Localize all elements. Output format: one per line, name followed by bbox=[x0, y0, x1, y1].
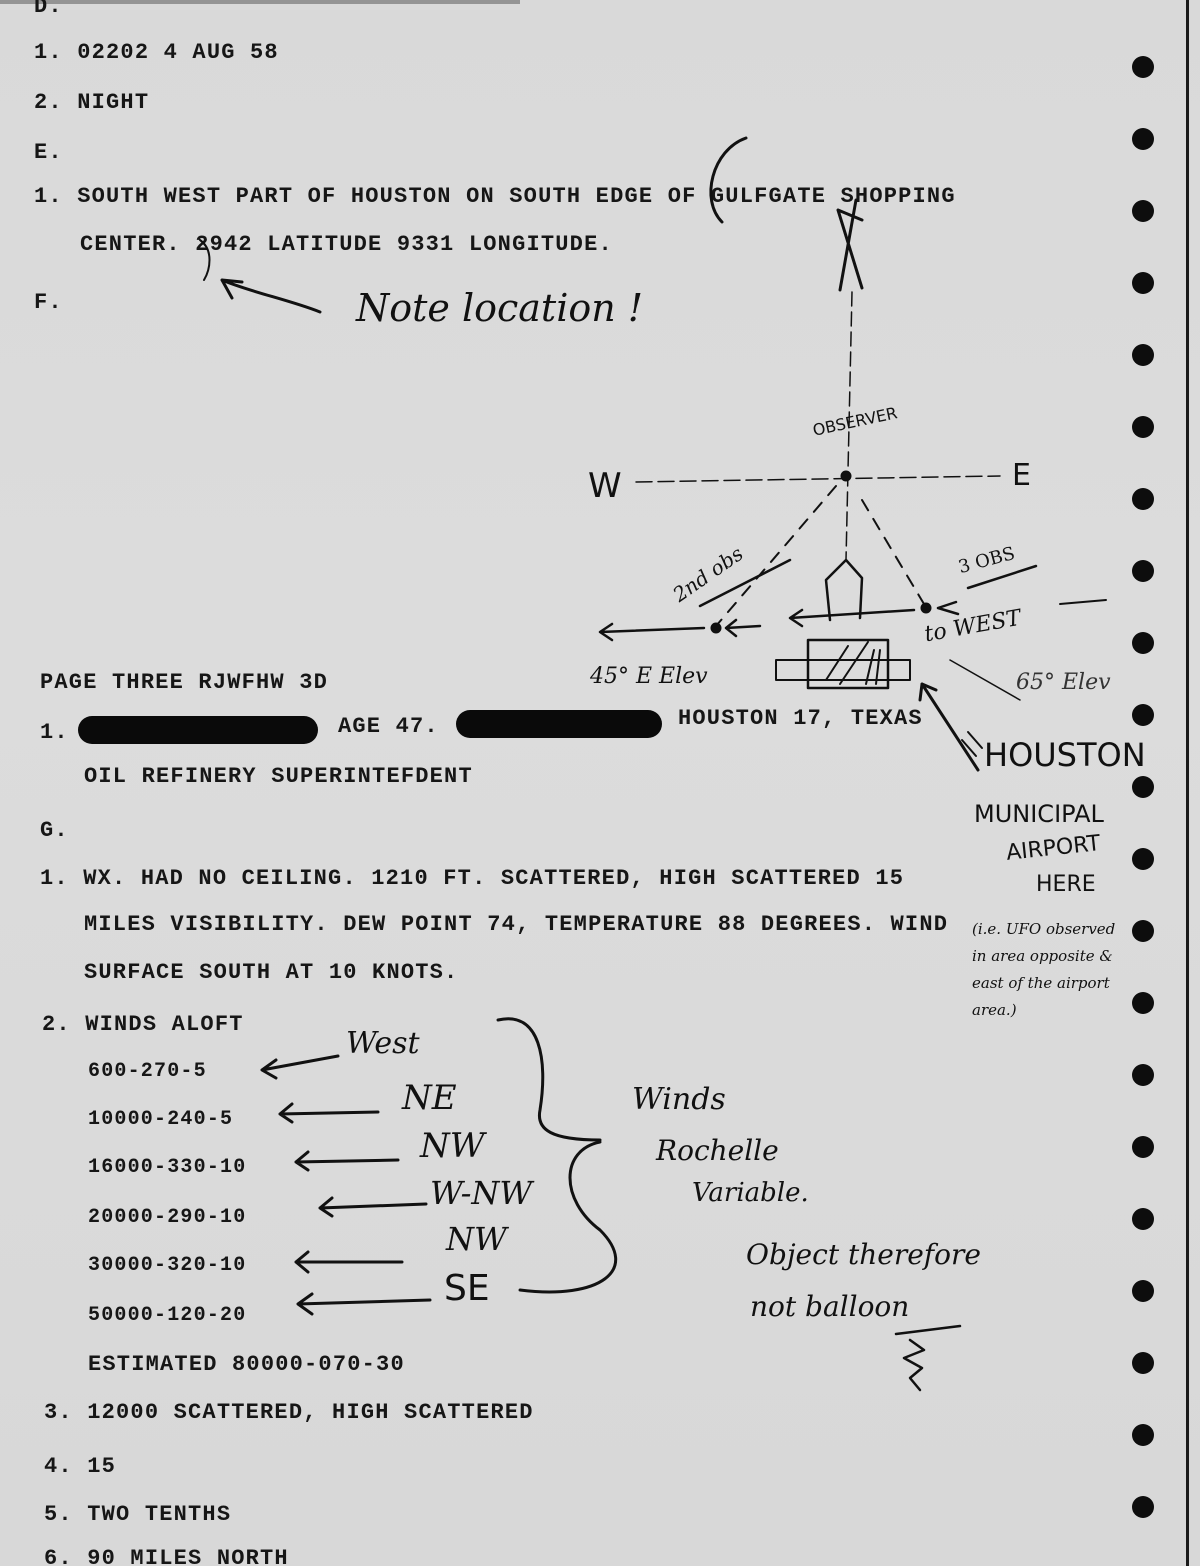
e1-location-line2: CENTER. 2942 LATITUDE 9331 LONGITUDE. bbox=[80, 232, 613, 257]
feed-hole bbox=[1132, 1064, 1154, 1086]
g6-distance: 6. 90 MILES NORTH bbox=[44, 1546, 289, 1566]
diagram-to-west-label: to WEST bbox=[923, 606, 1023, 648]
handwritten-winds-note: Variable. bbox=[692, 1178, 809, 1208]
feed-hole bbox=[1132, 1424, 1154, 1446]
feed-hole bbox=[1132, 1496, 1154, 1518]
diagram-45-elev-label: 45° E Elev bbox=[590, 664, 708, 689]
e1-location-line1: 1. SOUTH WEST PART OF HOUSTON ON SOUTH E… bbox=[34, 184, 956, 209]
feed-hole bbox=[1132, 416, 1154, 438]
handwritten-note-location: Note location ! bbox=[356, 286, 643, 330]
page-top-edge bbox=[0, 0, 520, 4]
g1-weather-line1: 1. WX. HAD NO CEILING. 1210 FT. SCATTERE… bbox=[40, 866, 904, 891]
feed-hole bbox=[1132, 1280, 1154, 1302]
redaction-address bbox=[456, 710, 662, 738]
f1-prefix: 1. bbox=[40, 720, 69, 745]
diagram-3rd-obs-label: 3 OBS bbox=[956, 543, 1017, 578]
feed-hole bbox=[1132, 920, 1154, 942]
g1-weather-line2: MILES VISIBILITY. DEW POINT 74, TEMPERAT… bbox=[84, 912, 948, 937]
feed-hole bbox=[1132, 704, 1154, 726]
diagram-west-label: W bbox=[588, 466, 622, 506]
section-g-label: G. bbox=[40, 818, 69, 843]
wind-row: 50000-120-20 bbox=[88, 1304, 246, 1327]
handwritten-airport-note: (i.e. UFO observed in area opposite & ea… bbox=[972, 916, 1132, 1024]
g4-visibility: 4. 15 bbox=[44, 1454, 116, 1479]
handwritten-houston: HOUSTON bbox=[984, 736, 1146, 774]
handwritten-winds-note: Rochelle bbox=[656, 1134, 779, 1167]
wind-label-ne: NE bbox=[402, 1078, 457, 1118]
wind-row: 16000-330-10 bbox=[88, 1156, 246, 1179]
feed-hole bbox=[1132, 128, 1154, 150]
diagram-east-label: E bbox=[1012, 458, 1031, 493]
feed-hole bbox=[1132, 56, 1154, 78]
d2-night: 2. NIGHT bbox=[34, 90, 149, 115]
d1-datetime: 1. 02202 4 AUG 58 bbox=[34, 40, 279, 65]
feed-hole bbox=[1132, 488, 1154, 510]
feed-hole bbox=[1132, 200, 1154, 222]
handwritten-object-note: Object therefore bbox=[746, 1238, 981, 1271]
feed-hole bbox=[1132, 560, 1154, 582]
section-e-label: E. bbox=[34, 140, 63, 165]
diagram-2nd-obs-label: 2nd obs bbox=[668, 541, 747, 606]
wind-label-w-nw: W-NW bbox=[430, 1174, 532, 1212]
tractor-feed-edge bbox=[1186, 0, 1189, 1566]
f1-city: HOUSTON 17, TEXAS bbox=[678, 706, 923, 731]
f1-age: AGE 47. bbox=[338, 714, 439, 739]
handwritten-winds-note: Winds bbox=[632, 1082, 726, 1117]
estimated-wind: ESTIMATED 80000-070-30 bbox=[88, 1352, 405, 1377]
g5-cloud-cover: 5. TWO TENTHS bbox=[44, 1502, 231, 1527]
wind-row: 10000-240-5 bbox=[88, 1108, 233, 1131]
feed-hole bbox=[1132, 1136, 1154, 1158]
feed-hole bbox=[1132, 272, 1154, 294]
handwritten-municipal: MUNICIPAL bbox=[974, 800, 1104, 828]
feed-hole bbox=[1132, 632, 1154, 654]
f1-occupation: OIL REFINERY SUPERINTEFDENT bbox=[84, 764, 473, 789]
diagram-observer-label: OBSERVER bbox=[811, 403, 899, 439]
section-d-label: D. bbox=[34, 0, 63, 19]
document-page: D. 1. 02202 4 AUG 58 2. NIGHT E. 1. SOUT… bbox=[0, 0, 1200, 1566]
wind-row: 600-270-5 bbox=[88, 1060, 207, 1083]
wind-row: 30000-320-10 bbox=[88, 1254, 246, 1277]
g2-winds-aloft: 2. WINDS ALOFT bbox=[42, 1012, 244, 1037]
feed-hole bbox=[1132, 848, 1154, 870]
feed-hole bbox=[1132, 776, 1154, 798]
g3-clouds: 3. 12000 SCATTERED, HIGH SCATTERED bbox=[44, 1400, 534, 1425]
wind-label-se: SE bbox=[444, 1268, 490, 1309]
feed-hole bbox=[1132, 992, 1154, 1014]
wind-label-nw-2: NW bbox=[446, 1220, 507, 1258]
wind-label-west: West bbox=[346, 1026, 420, 1061]
feed-hole bbox=[1132, 1208, 1154, 1230]
wind-label-nw: NW bbox=[420, 1126, 485, 1166]
handwritten-airport: AIRPORT bbox=[1005, 831, 1102, 866]
page-header: PAGE THREE RJWFHW 3D bbox=[40, 670, 328, 695]
section-f-label: F. bbox=[34, 290, 63, 315]
feed-hole bbox=[1132, 1352, 1154, 1374]
diagram-65-elev-label: 65° Elev bbox=[1016, 670, 1111, 695]
feed-hole bbox=[1132, 344, 1154, 366]
handwritten-object-note: not balloon bbox=[750, 1290, 909, 1323]
redaction-name bbox=[78, 716, 318, 744]
handwritten-here: HERE bbox=[1036, 872, 1096, 897]
g1-weather-line3: SURFACE SOUTH AT 10 KNOTS. bbox=[84, 960, 458, 985]
wind-row: 20000-290-10 bbox=[88, 1206, 246, 1229]
